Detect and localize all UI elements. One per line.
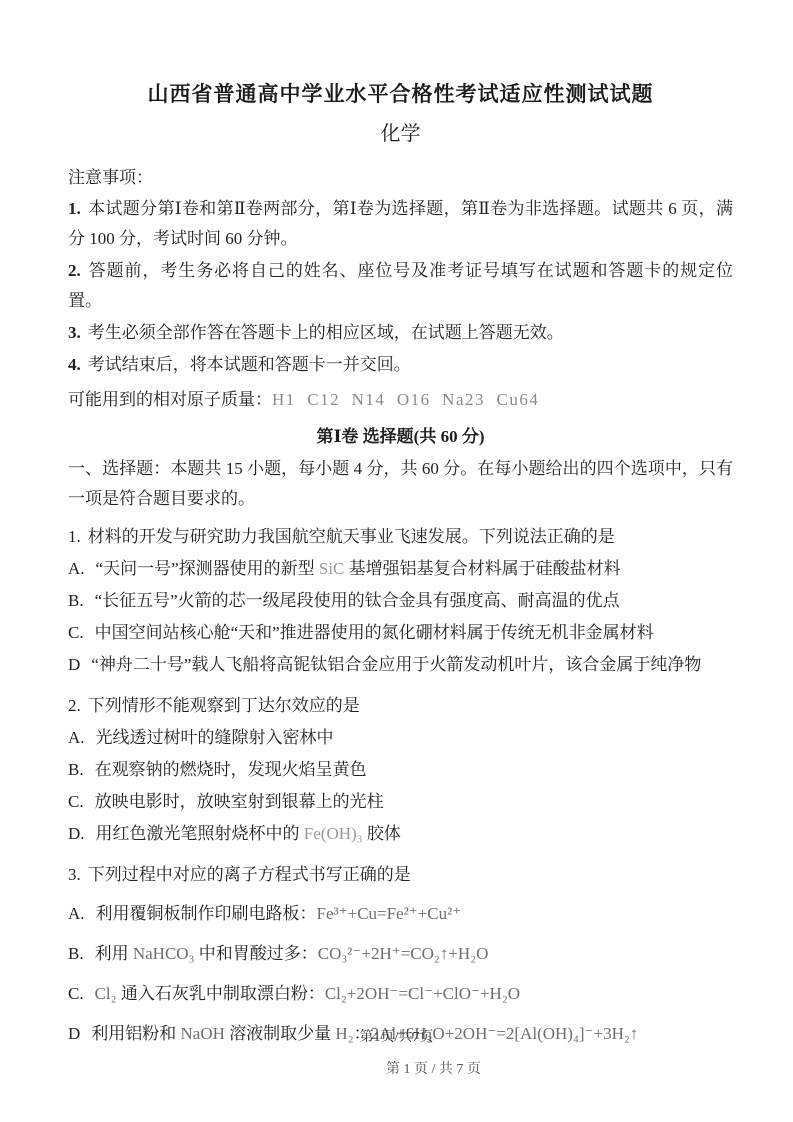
chem-formula: SiC bbox=[319, 559, 345, 578]
option-label: C. bbox=[68, 984, 84, 1003]
question-text: 下列过程中对应的离子方程式书写正确的是 bbox=[88, 865, 411, 884]
option-text: 在观察钠的燃烧时，发现火焰呈黄色 bbox=[95, 760, 367, 779]
option-text: “长征五号”火箭的芯一级尾段使用的钛合金具有强度高、耐高温的优点 bbox=[95, 591, 620, 610]
notice-item-2: 2.答题前，考生务必将自己的姓名、座位号及准考证号填写在试题和答题卡的规定位置。 bbox=[68, 256, 733, 316]
notice-item-text: 考生必须全部作答在答题卡上的相应区域，在试题上答题无效。 bbox=[88, 323, 564, 342]
option-label: D bbox=[68, 655, 80, 674]
question-2-stem: 2.下列情形不能观察到丁达尔效应的是 bbox=[68, 692, 733, 720]
notice-heading: 注意事项： bbox=[68, 164, 733, 192]
option-text: 利用 bbox=[95, 944, 133, 963]
page-title: 山西省普通高中学业水平合格性考试适应性测试试题 bbox=[68, 80, 733, 108]
option-label: D. bbox=[68, 824, 85, 843]
option-text: 中国空间站核心舱“天和”推进器使用的氮化硼材料属于传统无机非金属材料 bbox=[95, 623, 654, 642]
atomic-masses-label: 可能用到的相对原子质量： bbox=[68, 390, 272, 409]
question-1-option-b: B.“长征五号”火箭的芯一级尾段使用的钛合金具有强度高、耐高温的优点 bbox=[68, 587, 733, 615]
option-text: 基增强铝基复合材料属于硅酸盐材料 bbox=[344, 559, 620, 578]
question-number: 2. bbox=[68, 696, 81, 715]
question-1-stem: 1.材料的开发与研究助力我国航空航天事业飞速发展。下列说法正确的是 bbox=[68, 523, 733, 551]
question-1-option-c: C.中国空间站核心舱“天和”推进器使用的氮化硼材料属于传统无机非金属材料 bbox=[68, 619, 733, 647]
notice-item-4: 4.考试结束后，将本试题和答题卡一并交回。 bbox=[68, 350, 733, 380]
option-text: “天问一号”探测器使用的新型 bbox=[96, 559, 319, 578]
chem-formula: Cl₂ bbox=[95, 984, 117, 1003]
atomic-masses-line: 可能用到的相对原子质量：H1 C12 N14 O16 Na23 Cu64 bbox=[68, 385, 733, 415]
question-3-option-b: B.利用 NaHCO₃ 中和胃酸过多：CO₃²⁻+2H⁺=CO₂↑+H₂O bbox=[68, 939, 733, 969]
option-text: 利用覆铜板制作印刷电路板： bbox=[96, 904, 317, 923]
question-2-option-d: D.用红色激光笔照射烧杯中的 Fe(OH)₃ 胶体 bbox=[68, 820, 733, 848]
chem-equation: Cl₂+2OH⁻=Cl⁻+ClO⁻+H₂O bbox=[325, 984, 520, 1003]
option-text: 中和胃酸过多： bbox=[195, 944, 318, 963]
question-text: 下列情形不能观察到丁达尔效应的是 bbox=[88, 696, 360, 715]
section1-instruction: 一、选择题：本题共 15 小题，每小题 4 分，共 60 分。在每小题给出的四个… bbox=[68, 454, 733, 514]
option-text: 放映电影时，放映室射到银幕上的光柱 bbox=[95, 792, 384, 811]
subject-title: 化学 bbox=[68, 121, 733, 147]
notice-item-1: 1.本试题分第Ⅰ卷和第Ⅱ卷两部分，第Ⅰ卷为选择题，第Ⅱ卷为非选择题。试题共 6 … bbox=[68, 194, 733, 254]
question-1-option-d: D“神舟二十号”载人飞船将高铌钛铝合金应用于火箭发动机叶片，该合金属于纯净物 bbox=[68, 651, 733, 679]
question-number: 1. bbox=[68, 527, 81, 546]
notice-item-number: 1. bbox=[68, 199, 81, 218]
atomic-masses-values: H1 C12 N14 O16 Na23 Cu64 bbox=[272, 390, 539, 409]
question-2-option-b: B.在观察钠的燃烧时，发现火焰呈黄色 bbox=[68, 756, 733, 784]
exam-page: 山西省普通高中学业水平合格性考试适应性测试试题 化学 注意事项： 1.本试题分第… bbox=[0, 0, 793, 1049]
page-footer-secondary: 第 1 页 / 共 7 页 bbox=[0, 1058, 793, 1078]
option-text: 胶体 bbox=[363, 824, 401, 843]
question-3-option-c: C.Cl₂ 通入石灰乳中制取漂白粉：Cl₂+2OH⁻=Cl⁻+ClO⁻+H₂O bbox=[68, 979, 733, 1009]
question-3-option-a: A.利用覆铜板制作印刷电路板：Fe³⁺+Cu=Fe²⁺+Cu²⁺ bbox=[68, 899, 733, 929]
option-label: C. bbox=[68, 623, 84, 642]
notice-item-number: 4. bbox=[68, 355, 81, 374]
option-text: 光线透过树叶的缝隙射入密林中 bbox=[96, 728, 334, 747]
chem-formula: NaHCO₃ bbox=[133, 944, 195, 963]
option-text: 用红色激光笔照射烧杯中的 bbox=[96, 824, 304, 843]
chem-formula: Fe(OH)₃ bbox=[304, 824, 363, 843]
page-footer-primary: 第1页/共7页 bbox=[0, 1026, 793, 1046]
option-label: B. bbox=[68, 944, 84, 963]
option-label: A. bbox=[68, 904, 85, 923]
question-2-option-c: C.放映电影时，放映室射到银幕上的光柱 bbox=[68, 788, 733, 816]
option-label: A. bbox=[68, 728, 85, 747]
question-1-option-a: A.“天问一号”探测器使用的新型 SiC 基增强铝基复合材料属于硅酸盐材料 bbox=[68, 555, 733, 583]
chem-equation: Fe³⁺+Cu=Fe²⁺+Cu²⁺ bbox=[317, 904, 462, 923]
notice-item-text: 考试结束后，将本试题和答题卡一并交回。 bbox=[88, 355, 411, 374]
chem-equation: CO₃²⁻+2H⁺=CO₂↑+H₂O bbox=[318, 944, 489, 963]
question-number: 3. bbox=[68, 865, 81, 884]
notice-item-number: 3. bbox=[68, 323, 81, 342]
option-label: C. bbox=[68, 792, 84, 811]
notice-item-text: 答题前，考生务必将自己的姓名、座位号及准考证号填写在试题和答题卡的规定位置。 bbox=[68, 261, 733, 310]
option-label: A. bbox=[68, 559, 85, 578]
question-text: 材料的开发与研究助力我国航空航天事业飞速发展。下列说法正确的是 bbox=[88, 527, 615, 546]
option-text: “神舟二十号”载人飞船将高铌钛铝合金应用于火箭发动机叶片，该合金属于纯净物 bbox=[91, 655, 701, 674]
option-text: 通入石灰乳中制取漂白粉： bbox=[117, 984, 325, 1003]
section1-heading: 第Ⅰ卷 选择题(共 60 分) bbox=[68, 422, 733, 452]
notice-item-3: 3.考生必须全部作答在答题卡上的相应区域，在试题上答题无效。 bbox=[68, 318, 733, 348]
option-label: B. bbox=[68, 760, 84, 779]
notice-item-text: 本试题分第Ⅰ卷和第Ⅱ卷两部分，第Ⅰ卷为选择题，第Ⅱ卷为非选择题。试题共 6 页，… bbox=[68, 199, 733, 248]
option-label: B. bbox=[68, 591, 84, 610]
question-3-stem: 3.下列过程中对应的离子方程式书写正确的是 bbox=[68, 861, 733, 889]
question-2-option-a: A.光线透过树叶的缝隙射入密林中 bbox=[68, 724, 733, 752]
notice-item-number: 2. bbox=[68, 261, 81, 280]
